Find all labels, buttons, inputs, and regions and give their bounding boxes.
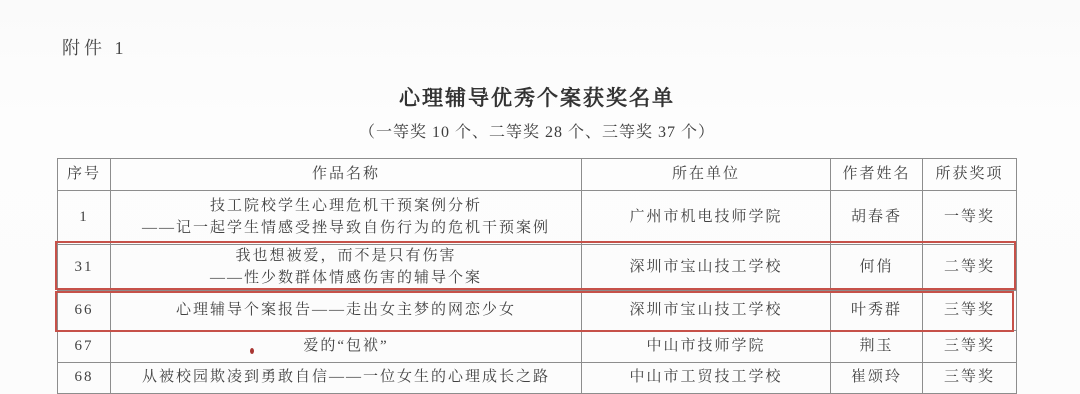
row-author: 崔颂玲	[831, 363, 923, 394]
title-line: 我也想被爱，而不是只有伤害	[113, 246, 579, 268]
title-line: 技工院校学生心理危机干预案例分析	[113, 196, 579, 218]
row-org: 中山市工贸技工学校	[582, 363, 831, 394]
row-title: 心理辅导个案报告——走出女主梦的网恋少女	[111, 291, 582, 331]
col-header-award: 所获奖项	[923, 159, 1017, 191]
title-line: ——记一起学生情感受挫导致自伤行为的危机干预案例	[113, 218, 579, 240]
row-no: 66	[58, 291, 111, 331]
row-title: 从被校园欺凌到勇敢自信——一位女生的心理成长之路	[111, 363, 582, 394]
row-no: 67	[58, 331, 111, 363]
title-line: 从被校园欺凌到勇敢自信——一位女生的心理成长之路	[113, 367, 579, 389]
row-no: 31	[58, 245, 111, 291]
table-header-row: 序号 作品名称 所在单位 作者姓名 所获奖项	[58, 159, 1017, 191]
page-title: 心理辅导优秀个案获奖名单	[0, 82, 1074, 112]
document-page: 附件 1 心理辅导优秀个案获奖名单 （一等奖 10 个、二等奖 28 个、三等奖…	[0, 0, 1080, 394]
row-org: 深圳市宝山技工学校	[582, 291, 831, 331]
col-header-org: 所在单位	[582, 159, 831, 191]
awards-table: 序号 作品名称 所在单位 作者姓名 所获奖项 1 技工院校学生心理危机干预案例分…	[57, 158, 1017, 394]
awards-table-body: 1 技工院校学生心理危机干预案例分析——记一起学生情感受挫导致自伤行为的危机干预…	[58, 191, 1017, 394]
row-author: 叶秀群	[831, 291, 923, 331]
row-org: 广州市机电技师学院	[582, 191, 831, 245]
row-award: 三等奖	[923, 331, 1017, 363]
row-title: 爱的“包袱”	[111, 331, 582, 363]
attachment-label: 附件 1	[62, 34, 128, 60]
title-line: ——性少数群体情感伤害的辅导个案	[113, 268, 579, 290]
table-row: 66 心理辅导个案报告——走出女主梦的网恋少女 深圳市宝山技工学校 叶秀群 三等…	[58, 291, 1017, 331]
table-row: 67 爱的“包袱” 中山市技师学院 荆玉 三等奖	[58, 331, 1017, 363]
col-header-title: 作品名称	[111, 159, 582, 191]
row-org: 深圳市宝山技工学校	[582, 245, 831, 291]
row-org: 中山市技师学院	[582, 331, 831, 363]
row-award: 二等奖	[923, 245, 1017, 291]
row-author: 胡春香	[831, 191, 923, 245]
row-title: 技工院校学生心理危机干预案例分析——记一起学生情感受挫导致自伤行为的危机干预案例	[111, 191, 582, 245]
page-subtitle: （一等奖 10 个、二等奖 28 个、三等奖 37 个）	[0, 119, 1074, 142]
row-author: 何俏	[831, 245, 923, 291]
title-line: 心理辅导个案报告——走出女主梦的网恋少女	[113, 300, 579, 322]
row-award: 三等奖	[923, 363, 1017, 394]
row-no: 1	[58, 191, 111, 245]
col-header-no: 序号	[58, 159, 111, 191]
row-author: 荆玉	[831, 331, 923, 363]
row-no: 68	[58, 363, 111, 394]
row-award: 一等奖	[923, 191, 1017, 245]
col-header-author: 作者姓名	[831, 159, 923, 191]
row-award: 三等奖	[923, 291, 1017, 331]
red-dot-mark	[250, 348, 254, 354]
title-line: 爱的“包袱”	[113, 336, 579, 358]
table-row: 1 技工院校学生心理危机干预案例分析——记一起学生情感受挫导致自伤行为的危机干预…	[58, 191, 1017, 245]
table-row: 31 我也想被爱，而不是只有伤害——性少数群体情感伤害的辅导个案 深圳市宝山技工…	[58, 245, 1017, 291]
table-row: 68 从被校园欺凌到勇敢自信——一位女生的心理成长之路 中山市工贸技工学校 崔颂…	[58, 363, 1017, 394]
row-title: 我也想被爱，而不是只有伤害——性少数群体情感伤害的辅导个案	[111, 245, 582, 291]
